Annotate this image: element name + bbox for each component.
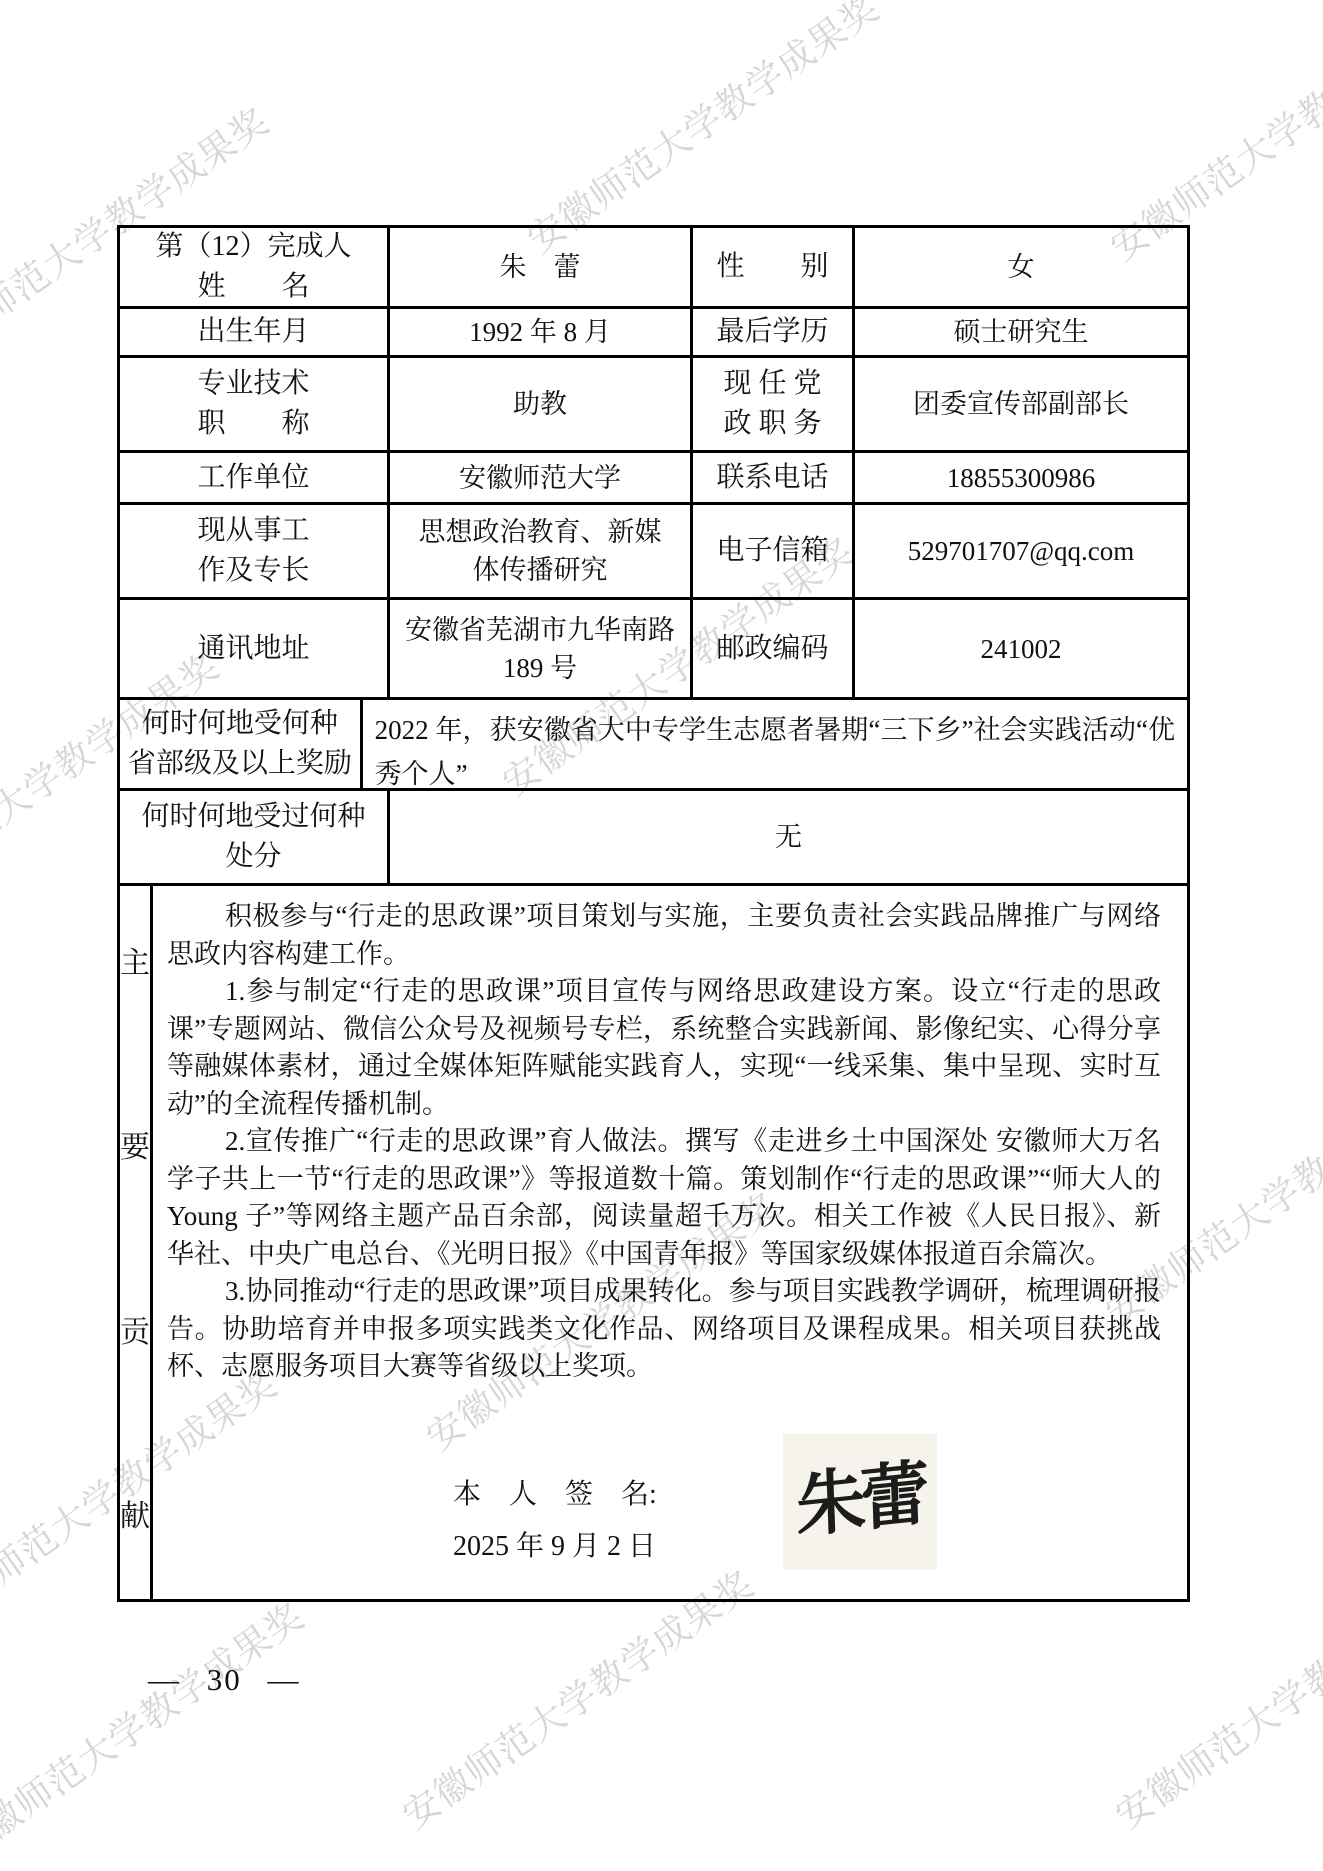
gender-label: 性 别 xyxy=(693,228,855,306)
watermark-text: 安徽师范大学教学成果奖 xyxy=(515,0,888,263)
email-value: 529701707@qq.com xyxy=(855,505,1187,597)
table-row: 何时何地受过何种 处分 无 xyxy=(120,791,1187,886)
table-row: 主 要 贡 献 积极参与“行走的思政课”项目策划与实施，主要负责社会实践品牌推广… xyxy=(120,886,1187,1599)
table-row: 现从事工 作及专长 思想政治教育、新媒 体传播研究 电子信箱 529701707… xyxy=(120,505,1187,600)
contribution-label-char: 主 xyxy=(120,944,150,984)
signature-date: 2025 年 9 月 2 日 xyxy=(453,1521,657,1573)
position-label-cell: 现 任 党 政 职 务 xyxy=(693,358,855,450)
postcode-value: 241002 xyxy=(855,600,1187,697)
contribution-paragraph: 2.宣传推广“行走的思政课”育人做法。撰写《走进乡土中国深处 安徽师大万名学子共… xyxy=(167,1123,1161,1273)
degree-value: 硕士研究生 xyxy=(855,309,1187,355)
contribution-content-cell: 积极参与“行走的思政课”项目策划与实施，主要负责社会实践品牌推广与网络思政内容构… xyxy=(153,886,1187,1599)
name-label-cell: 第（12）完成人 姓 名 xyxy=(120,228,390,306)
punishment-label-line1: 何时何地受过何种 xyxy=(141,797,365,837)
position-value: 团委宣传部副部长 xyxy=(855,358,1187,450)
position-label-line2: 政 职 务 xyxy=(723,404,821,444)
contribution-paragraph: 积极参与“行走的思政课”项目策划与实施，主要负责社会实践品牌推广与网络思政内容构… xyxy=(167,898,1161,973)
address-label: 通讯地址 xyxy=(120,600,390,697)
signature-label: 本 人 签 名: xyxy=(453,1469,657,1521)
current-work-value-line1: 思想政治教育、新媒 xyxy=(419,513,662,551)
title-value: 助教 xyxy=(390,358,693,450)
title-label-line1: 专业技术 xyxy=(197,364,309,404)
title-label-cell: 专业技术 职 称 xyxy=(120,358,390,450)
page-number: — 30 — xyxy=(148,1662,301,1698)
current-work-value: 思想政治教育、新媒 体传播研究 xyxy=(390,505,693,597)
position-label-line1: 现 任 党 xyxy=(723,364,821,404)
signature-block: 本 人 签 名: 2025 年 9 月 2 日 xyxy=(453,1469,657,1573)
awards-label-line2: 省部级及以上奖励 xyxy=(128,744,352,784)
name-value: 朱 蕾 xyxy=(390,228,693,306)
punishment-value: 无 xyxy=(390,791,1187,883)
table-row: 专业技术 职 称 助教 现 任 党 政 职 务 团委宣传部副部长 xyxy=(120,358,1187,453)
contribution-label-cell: 主 要 贡 献 xyxy=(120,886,153,1599)
current-work-value-line2: 体传播研究 xyxy=(473,551,608,589)
address-value: 安徽省芜湖市九华南路 189 号 xyxy=(390,600,693,697)
punishment-label-cell: 何时何地受过何种 处分 xyxy=(120,791,390,883)
awards-label-cell: 何时何地受何种 省部级及以上奖励 xyxy=(120,700,363,788)
title-label-line2: 职 称 xyxy=(197,404,309,444)
table-row: 工作单位 安徽师范大学 联系电话 18855300986 xyxy=(120,453,1187,505)
gender-value: 女 xyxy=(855,228,1187,306)
current-work-label-cell: 现从事工 作及专长 xyxy=(120,505,390,597)
postcode-label: 邮政编码 xyxy=(693,600,855,697)
personnel-form-table: 第（12）完成人 姓 名 朱 蕾 性 别 女 出生年月 1992 年 8 月 最… xyxy=(117,225,1190,1602)
completer-number-label: 第（12）完成人 xyxy=(155,227,351,267)
current-work-label-line1: 现从事工 xyxy=(197,511,309,551)
birthdate-label: 出生年月 xyxy=(120,309,390,355)
handwritten-signature-name: 朱蕾 xyxy=(796,1477,925,1528)
document-page: 安徽师范大学教学成果奖 安徽师范大学教学成果奖 安徽师范大学教学成果奖 安徽师范… xyxy=(0,0,1323,1871)
contribution-label-char: 献 xyxy=(120,1497,150,1537)
table-row: 第（12）完成人 姓 名 朱 蕾 性 别 女 xyxy=(120,228,1187,309)
employer-value: 安徽师范大学 xyxy=(390,453,693,502)
phone-value: 18855300986 xyxy=(855,453,1187,502)
punishment-label-line2: 处分 xyxy=(225,837,281,877)
awards-value: 2022 年，获安徽省大中专学生志愿者暑期“三下乡”社会实践活动“优秀个人” xyxy=(363,700,1187,788)
address-value-line2: 189 号 xyxy=(503,649,577,687)
table-row: 出生年月 1992 年 8 月 最后学历 硕士研究生 xyxy=(120,309,1187,358)
contribution-paragraph: 1.参与制定“行走的思政课”项目宣传与网络思政建设方案。设立“行走的思政课”专题… xyxy=(167,973,1161,1123)
address-value-line1: 安徽省芜湖市九华南路 xyxy=(405,611,675,649)
contribution-label-char: 贡 xyxy=(120,1313,150,1353)
birthdate-value: 1992 年 8 月 xyxy=(390,309,693,355)
degree-label: 最后学历 xyxy=(693,309,855,355)
employer-label: 工作单位 xyxy=(120,453,390,502)
awards-label-line1: 何时何地受何种 xyxy=(142,704,338,744)
watermark-text: 安徽师范大学教学成果奖 xyxy=(0,1587,313,1871)
table-row: 何时何地受何种 省部级及以上奖励 2022 年，获安徽省大中专学生志愿者暑期“三… xyxy=(120,700,1187,791)
email-label: 电子信箱 xyxy=(693,505,855,597)
table-row: 通讯地址 安徽省芜湖市九华南路 189 号 邮政编码 241002 xyxy=(120,600,1187,700)
contribution-label-char: 要 xyxy=(120,1128,150,1168)
name-label: 姓 名 xyxy=(197,267,309,307)
handwritten-signature: 朱蕾 xyxy=(783,1434,937,1570)
current-work-label-line2: 作及专长 xyxy=(197,551,309,591)
contribution-paragraph: 3.协同推动“行走的思政课”项目成果转化。参与项目实践教学调研，梳理调研报告。协… xyxy=(167,1273,1161,1386)
phone-label: 联系电话 xyxy=(693,453,855,502)
